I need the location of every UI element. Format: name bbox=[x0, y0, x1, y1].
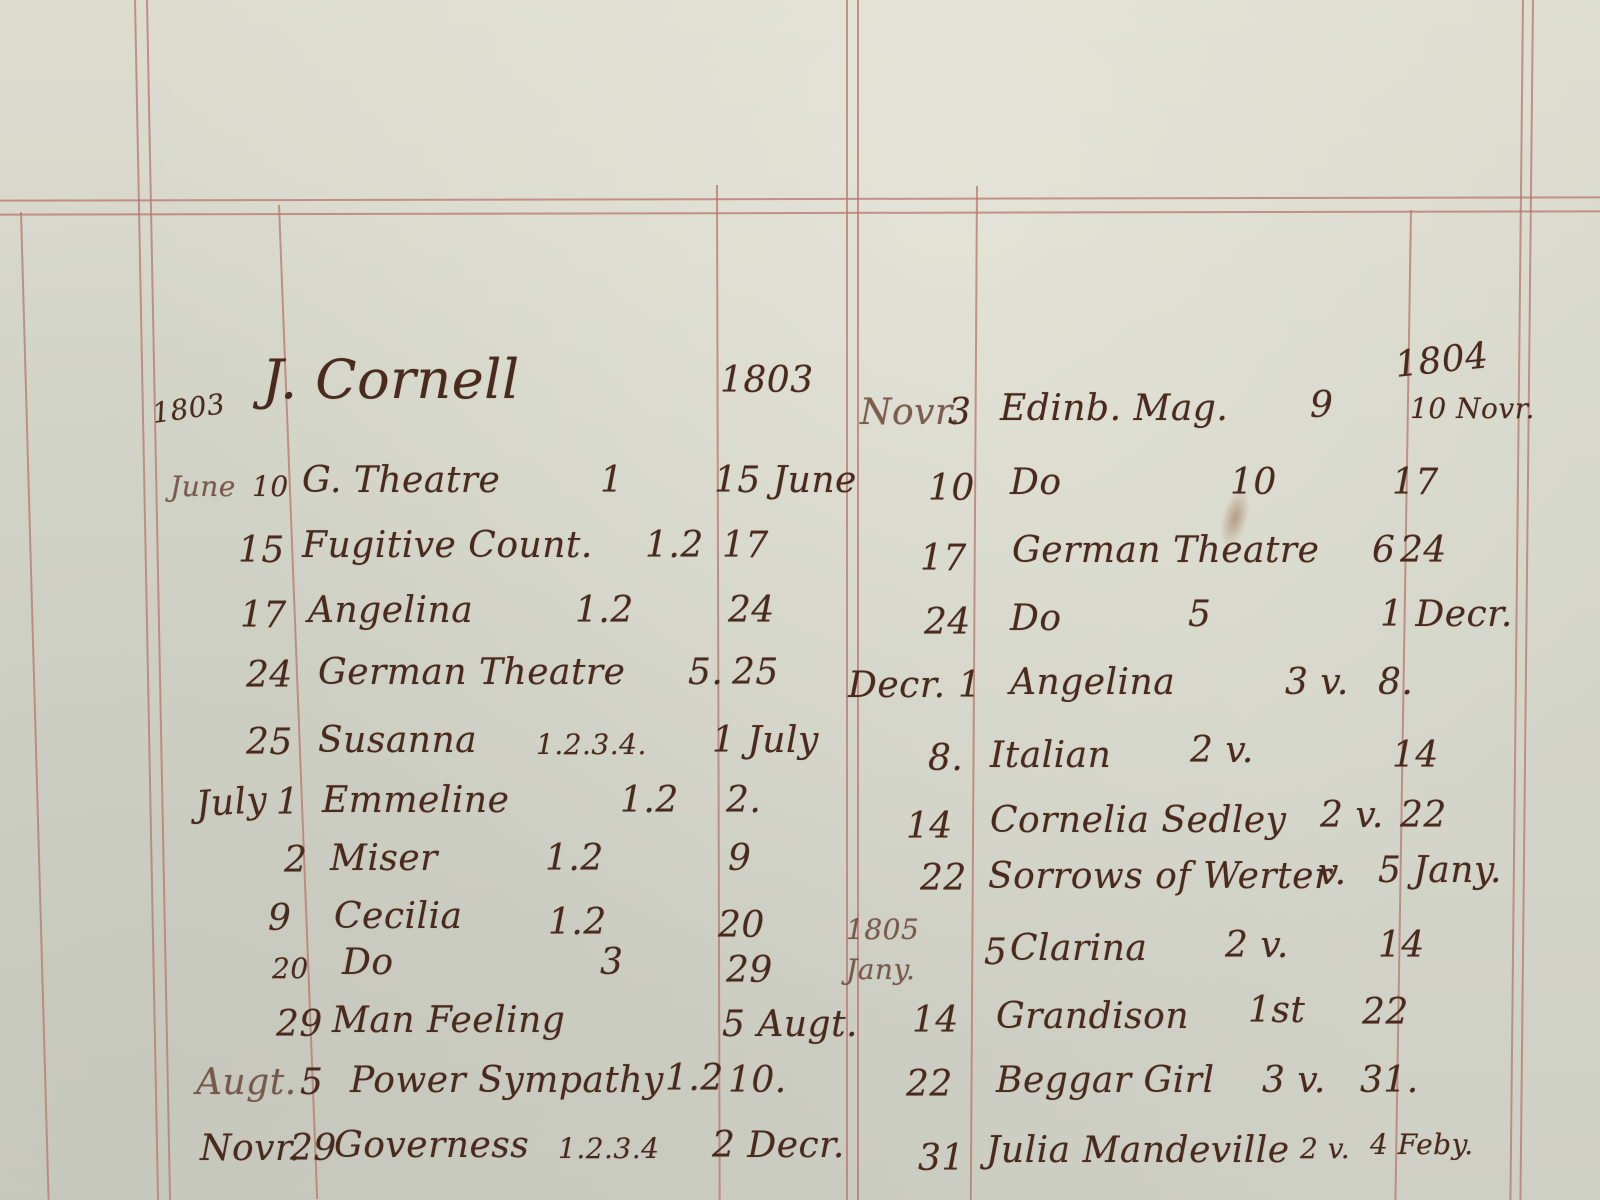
left-entry-returned: 29 bbox=[726, 950, 773, 991]
right-entry-returned: 8. bbox=[1378, 662, 1413, 703]
right-entry-day: 3 bbox=[948, 392, 971, 433]
left-entry-volumes: 1.2.3.4 bbox=[558, 1132, 659, 1165]
header-rule-bottom bbox=[0, 210, 1600, 215]
left-entry-title: Fugitive Count. bbox=[302, 525, 593, 566]
left-entry-day: 17 bbox=[240, 595, 287, 636]
right-entry-volumes: 2 v. bbox=[1225, 925, 1289, 966]
right-entry-title: Cornelia Sedley bbox=[990, 800, 1287, 841]
right-entry-volumes: 2 v. bbox=[1300, 1132, 1350, 1165]
left-entry-volumes: 1.2 bbox=[545, 838, 604, 879]
right-entry-title: Angelina bbox=[1010, 662, 1175, 703]
header-rule-top bbox=[0, 196, 1600, 201]
left-entry-day: 15 bbox=[238, 530, 285, 571]
left-entry-volumes: 1 bbox=[600, 460, 623, 501]
left-entry-returned: 24 bbox=[728, 590, 775, 631]
left-entry-title: G. Theatre bbox=[302, 460, 500, 501]
left-entry-volumes: 1.2 bbox=[620, 780, 679, 821]
left-entry-returned: 1 July bbox=[712, 720, 819, 761]
left-entry-day: 20 bbox=[272, 952, 309, 985]
right-entry-returned: 22 bbox=[1362, 992, 1409, 1033]
right-entry-title: Do bbox=[1010, 598, 1062, 639]
right-entry-title: Julia Mandeville bbox=[986, 1130, 1290, 1171]
left-entry-title: Emmeline bbox=[322, 780, 509, 821]
right-entry-title: German Theatre bbox=[1012, 530, 1319, 571]
left-entry-day: 2 bbox=[284, 840, 307, 881]
right-entry-volumes: 10 bbox=[1230, 462, 1277, 503]
left-entry-volumes: 3 bbox=[600, 942, 623, 983]
left-entry-returned: 25 bbox=[732, 652, 779, 693]
header-year-return-right: 1804 bbox=[1393, 335, 1490, 386]
left-entry-returned: 2 Decr. bbox=[712, 1125, 845, 1166]
right-entry-returned: 5 Jany. bbox=[1378, 850, 1502, 891]
left-entry-volumes: 1.2 bbox=[575, 590, 634, 631]
left-entry-title: Power Sympathy bbox=[350, 1060, 664, 1101]
left-entry-title: German Theatre bbox=[318, 652, 625, 693]
right-entry-volumes: 3 v. bbox=[1262, 1060, 1326, 1101]
left-entry-month: Augt. bbox=[196, 1062, 297, 1103]
left-entry-returned: 10. bbox=[728, 1060, 787, 1101]
right-entry-title: Italian bbox=[990, 735, 1111, 776]
right-entry-volumes: 1st bbox=[1248, 990, 1305, 1031]
right-entry-returned: 31. bbox=[1360, 1060, 1419, 1101]
right-entry-volumes: 2 v. bbox=[1190, 730, 1254, 771]
right-entry-day: 24 bbox=[924, 602, 971, 643]
right-entry-volumes: v. bbox=[1318, 852, 1347, 893]
left-entry-returned: 5 Augt. bbox=[722, 1004, 858, 1045]
right-entry-day: 10 bbox=[928, 468, 975, 509]
left-entry-title: Governess bbox=[334, 1125, 529, 1166]
right-entry-month: Novr. bbox=[860, 392, 961, 433]
right-entry-returned: 4 Feby. bbox=[1370, 1128, 1474, 1161]
left-entry-month: June bbox=[170, 470, 236, 503]
right-entry-day: 17 bbox=[920, 538, 967, 579]
right-entry-day: 14 bbox=[912, 1000, 959, 1041]
right-entry-volumes: 5 bbox=[1188, 594, 1211, 635]
left-entry-month: July bbox=[195, 780, 269, 826]
right-entry-day: 1 bbox=[958, 665, 981, 706]
right-entry-title: Do bbox=[1010, 462, 1062, 503]
right-entry-day: 5 bbox=[984, 932, 1007, 973]
left-entry-title: Angelina bbox=[308, 590, 473, 631]
ledger-page: 1803 J. Cornell 1803 1804 June 10 G. The… bbox=[0, 0, 1600, 1200]
left-entry-volumes: 1.2.3.4. bbox=[536, 728, 647, 761]
left-entry-title: Susanna bbox=[318, 720, 477, 761]
right-entry-month: Decr. bbox=[848, 665, 946, 706]
borrower-name: J. Cornell bbox=[262, 348, 520, 411]
right-entry-day: 22 bbox=[906, 1064, 953, 1105]
left-entry-day: 25 bbox=[246, 722, 293, 763]
right-entry-volumes: 3 v. bbox=[1285, 662, 1349, 703]
left-entry-returned: 9 bbox=[728, 838, 751, 879]
header-year-left: 1803 bbox=[150, 387, 227, 430]
left-entry-day: 29 bbox=[276, 1004, 323, 1045]
left-entry-returned: 17 bbox=[722, 525, 769, 566]
left-entry-day: 1 bbox=[276, 782, 299, 823]
right-entry-day: 8. bbox=[928, 738, 963, 779]
rule-left-double-b bbox=[146, 0, 171, 1200]
rule-left-double-a bbox=[134, 0, 159, 1200]
right-entry-day: 14 bbox=[906, 806, 953, 847]
left-entry-volumes: 1.2 bbox=[665, 1058, 724, 1099]
right-entry-returned: 10 Novr. bbox=[1410, 392, 1535, 425]
left-entry-returned: 2. bbox=[726, 780, 761, 821]
right-entry-volumes: 6 bbox=[1372, 530, 1395, 571]
right-entry-volumes: 2 v. bbox=[1320, 795, 1384, 836]
header-year-return-left: 1803 bbox=[720, 360, 814, 401]
left-entry-title: Cecilia bbox=[334, 896, 463, 937]
right-entry-returned: 17 bbox=[1392, 462, 1439, 503]
left-entry-day: 24 bbox=[246, 655, 293, 696]
right-entry-month: 1805 Jany. bbox=[846, 910, 966, 990]
right-entry-returned: 24 bbox=[1400, 530, 1447, 571]
left-entry-title: Miser bbox=[330, 838, 438, 879]
left-entry-returned: 15 June bbox=[714, 460, 857, 501]
left-entry-volumes: 5. bbox=[688, 652, 723, 693]
rule-left-margin bbox=[20, 212, 50, 1200]
right-entry-title: Edinb. Mag. bbox=[1000, 388, 1228, 429]
left-entry-returned: 20 bbox=[718, 905, 765, 946]
right-entry-day: 22 bbox=[920, 858, 967, 899]
left-entry-title: Do bbox=[342, 942, 394, 983]
left-entry-day: 9 bbox=[268, 898, 291, 939]
right-entry-title: Sorrows of Werter bbox=[988, 856, 1332, 897]
left-entry-day: 10 bbox=[252, 470, 289, 503]
right-entry-returned: 1 Decr. bbox=[1380, 594, 1513, 635]
left-entry-volumes: 1.2 bbox=[548, 902, 607, 943]
right-entry-returned: 22 bbox=[1400, 795, 1447, 836]
left-entry-day: 29 bbox=[290, 1128, 337, 1169]
right-entry-returned: 14 bbox=[1392, 735, 1439, 776]
right-entry-title: Beggar Girl bbox=[996, 1060, 1214, 1101]
right-entry-title: Grandison bbox=[996, 996, 1189, 1037]
left-entry-volumes: 1.2 bbox=[645, 525, 704, 566]
right-entry-volumes: 9 bbox=[1310, 385, 1333, 426]
left-entry-month: Novr. bbox=[200, 1128, 301, 1169]
right-entry-title: Clarina bbox=[1010, 928, 1147, 969]
left-entry-title: Man Feeling bbox=[332, 1000, 565, 1041]
right-entry-day: 31 bbox=[918, 1138, 965, 1179]
right-entry-returned: 14 bbox=[1378, 925, 1425, 966]
left-entry-day: 5 bbox=[300, 1062, 323, 1103]
